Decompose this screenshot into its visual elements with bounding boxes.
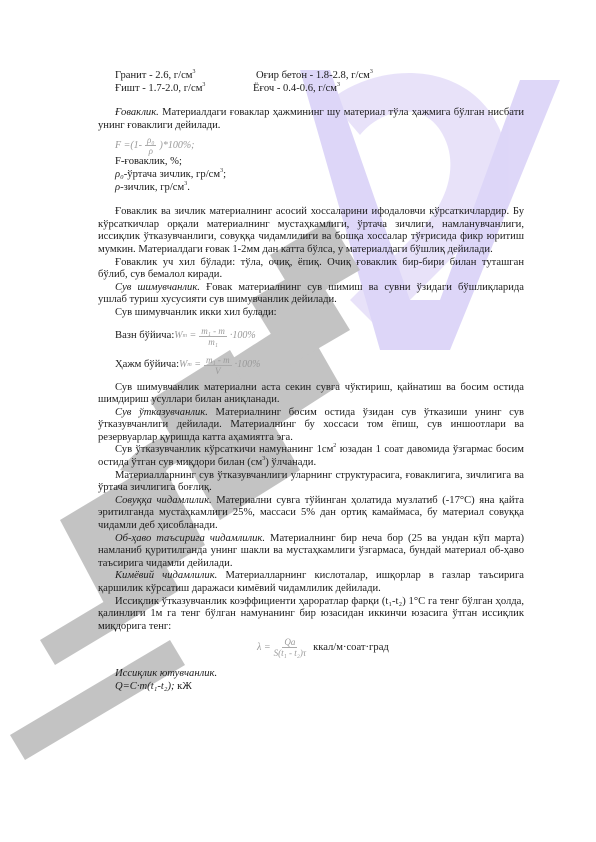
paragraph-permeability-factors: Материалларнинг сув ўтказувчанлиги уларн… bbox=[98, 470, 524, 495]
paragraph-absorption-types: Сув шимувчанлик икки хил булади: bbox=[115, 307, 524, 320]
density-heavy-concrete: Оғир бетон - 1.8-2.8, г/см3 bbox=[256, 70, 373, 83]
porosity-definition: Ғоваклик. Материалдаги ғоваклар ҳажминин… bbox=[98, 107, 524, 132]
paragraph-weather-resistance: Об-ҳаво таъсирига чидамлилик. Материални… bbox=[98, 533, 524, 571]
porosity-formula: F =(1- ρ₀ρ )*100%; bbox=[115, 135, 524, 156]
density-granite: Гранит - 2.6, г/см3 bbox=[115, 70, 256, 83]
density-brick: Ғишт - 1.7-2.0, г/см3 bbox=[115, 83, 253, 96]
heat-capacity-formula: Q=C·m(t₁-t₂); кЖ bbox=[115, 681, 524, 694]
porosity-legend-p0: ρ₀-ўртача зичлик, гр/см3; bbox=[115, 169, 524, 182]
porosity-legend-p: ρ-зичлик, гр/см3. bbox=[115, 182, 524, 195]
paragraph-thermal-conductivity: Иссиқлик ўтказувчанлик коэффициенти ҳаро… bbox=[98, 596, 524, 634]
paragraph-water-absorption: Сув шимувчанлик. Ғовак материалнинг сув … bbox=[98, 282, 524, 307]
formula-thermal-conductivity: λ = QaS(t₁ - t₂)τ ккал/м·соат·град bbox=[115, 637, 524, 658]
paragraph-porosity-types: Ғоваклик уч хил бўлади: тўла, очиқ, ёпиқ… bbox=[98, 257, 524, 282]
heat-capacity-term: Иссиқлик ютувчанлик. bbox=[115, 668, 524, 681]
paragraph-porosity-density: Ғоваклик ва зичлик материалнинг асосий х… bbox=[98, 206, 524, 256]
formula-mass-absorption: Вазн бўйича: Wm = m₁ - mm₁ ·100% bbox=[115, 326, 524, 347]
paragraph-water-permeability: Сув ўтказувчанлик. Материалнинг босим ос… bbox=[98, 407, 524, 445]
porosity-legend-f: F-ғоваклик, %; bbox=[115, 156, 524, 169]
density-row-1: Гранит - 2.6, г/см3 Оғир бетон - 1.8-2.8… bbox=[115, 70, 524, 83]
formula-volume-absorption: Ҳажм бўйича: Wm = m₁ - mV ·100% bbox=[115, 355, 524, 376]
paragraph-frost-resistance: Совуққа чидамлилик. Материални сувга тўй… bbox=[98, 495, 524, 533]
document-page: Гранит - 2.6, г/см3 Оғир бетон - 1.8-2.8… bbox=[0, 0, 596, 842]
density-wood: Ёғоч - 0.4-0.6, г/см3 bbox=[253, 83, 340, 96]
document-body: Гранит - 2.6, г/см3 Оғир бетон - 1.8-2.8… bbox=[115, 70, 524, 694]
paragraph-absorption-methods: Сув шимувчанлик материални аста секин су… bbox=[98, 382, 524, 407]
paragraph-permeability-index: Сув ўтказувчанлик кўрсаткичи намунанинг … bbox=[98, 444, 524, 469]
porosity-term: Ғоваклик. bbox=[115, 107, 159, 118]
density-row-2: Ғишт - 1.7-2.0, г/см3 Ёғоч - 0.4-0.6, г/… bbox=[115, 83, 524, 96]
paragraph-chemical-resistance: Кимёвий чидамлилик. Материалларнинг кисл… bbox=[98, 570, 524, 595]
